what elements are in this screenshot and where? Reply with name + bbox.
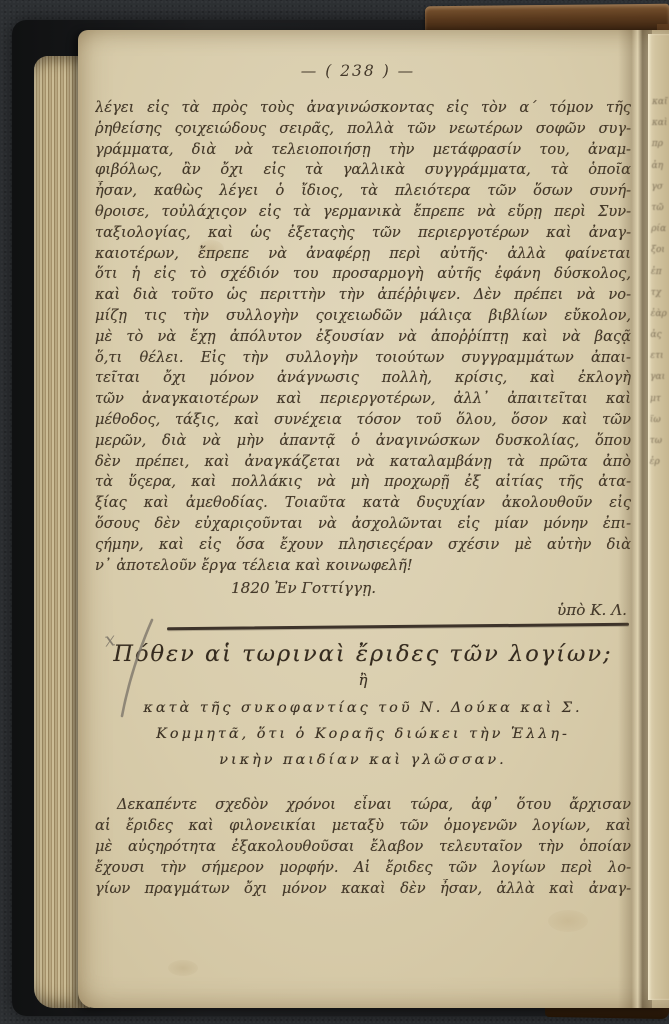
pencil-slash-mark bbox=[78, 610, 173, 725]
adjacent-page-illegible-text: καῖ καὶ πρ ἀη γσ τῶ ρία ξοι ἐπ τχ ἐὰρ ἀς… bbox=[648, 34, 669, 473]
text-block: λέγει εἰς τὰ πρὸς τοὺς ἀναγινώσκοντας εἰ… bbox=[95, 98, 631, 899]
text-line: ςήμην, καὶ εἰς ὅσα ἔχουν πλησιεςέραν σχέ… bbox=[95, 535, 631, 556]
text-line: δὲν πρέπει, καὶ ἀναγκάζεται νὰ καταλαμβά… bbox=[95, 452, 631, 473]
text-line: ἔχουσι τὴν σήμερον μορφήν. Αἱ ἔριδες τῶν… bbox=[95, 858, 631, 879]
text-line: μὲ τὸ νὰ ἔχῃ ἀπόλυτον ἐξουσίαν νὰ ἀποῤῥί… bbox=[95, 327, 631, 348]
page-number-header: — ( 238 ) — bbox=[78, 62, 638, 80]
text-line: ξίας καὶ ἀμεθοδίας. Τοιαῦτα κατὰ δυςυχία… bbox=[95, 493, 631, 514]
text-line: καιοτέρων, ἔπρεπε νὰ ἀναφέρῃ περὶ αὐτῆς·… bbox=[95, 244, 631, 265]
text-line: καὶ διὰ τοῦτο ὡς περιττὴν τὴν ἀπέῤῥιψεν.… bbox=[95, 285, 631, 306]
illegible-fragment: πρ bbox=[652, 134, 669, 155]
spacer bbox=[95, 773, 631, 795]
adjacent-page-sliver: καῖ καὶ πρ ἀη γσ τῶ ρία ξοι ἐπ τχ ἐὰρ ἀς… bbox=[648, 34, 669, 1000]
illegible-fragment: τω bbox=[650, 431, 668, 452]
illegible-fragment: ϊω bbox=[650, 410, 668, 431]
article-subtitle-line: Κομμητᾶ, ὅτι ὁ Κοραῆς διώκει τὴν Ἑλλη- bbox=[95, 721, 631, 747]
text-line: ταξιολογίας, καὶ ὡς ἐξεταςὴς τῶν περιεργ… bbox=[95, 223, 631, 244]
illegible-fragment: γσ bbox=[651, 177, 669, 198]
text-line: ν᾽ ἀποτελοῦν ἔργα τέλεια καὶ κοινωφελῆ! bbox=[95, 556, 631, 577]
text-line: ὅ,τι θέλει. Εἰς τὴν συλλογὴν τοιούτων συ… bbox=[95, 348, 631, 369]
illegible-fragment: γαι bbox=[650, 367, 668, 388]
illegible-fragment: καῖ bbox=[652, 92, 669, 113]
illegible-fragment: καὶ bbox=[652, 113, 669, 134]
illegible-fragment: ἐὰρ bbox=[651, 304, 669, 325]
text-line: αἱ ἔριδες καὶ φιλονεικίαι μεταξὺ τῶν ὁμο… bbox=[95, 816, 631, 837]
text-line: λέγει εἰς τὰ πρὸς τοὺς ἀναγινώσκοντας εἰ… bbox=[95, 98, 631, 119]
pencil-x-mark: x bbox=[96, 626, 123, 653]
text-line: ῥηθείσης ςοιχειώδους σειρᾶς, πολλὰ τῶν ν… bbox=[95, 119, 631, 140]
foxing-spot bbox=[548, 910, 588, 932]
illegible-fragment: ρία bbox=[651, 219, 669, 240]
gutter-shadow bbox=[618, 30, 652, 1008]
foxing-spot bbox=[168, 960, 198, 976]
article-title: Πόθεν αἱ τωριναὶ ἔριδες τῶν λογίων; bbox=[95, 639, 631, 669]
title-connector: ἢ bbox=[95, 669, 631, 691]
illegible-fragment: ετι bbox=[650, 346, 668, 367]
article-paragraph: Δεκαπέντε σχεδὸν χρόνοι εἶναι τώρα, ἀφ᾽ … bbox=[95, 795, 631, 899]
text-line: ἦσαν, καθὼς λέγει ὁ ἴδιος, τὰ πλειότερα … bbox=[95, 181, 631, 202]
section-divider-rule bbox=[167, 623, 629, 630]
text-line: φιβόλως, ἂν ὄχι εἰς τὰ γαλλικὰ συγγράμμα… bbox=[95, 160, 631, 181]
byline: ὑπὸ Κ. Λ. bbox=[95, 600, 631, 621]
text-line: ὅτι ἡ εἰς τὸ σχέδιόν του προσαρμογὴ αὐτῆ… bbox=[95, 264, 631, 285]
article-subtitle-line: κατὰ τῆς συκοφαντίας τοῦ Ν. Δούκα καὶ Σ. bbox=[95, 695, 631, 721]
text-line: τῶν ἀναγκαιοτέρων καὶ περιεργοτέρων, ἀλλ… bbox=[95, 389, 631, 410]
dateline: 1820 Ἐν Γοττίγγῃ. bbox=[231, 578, 631, 599]
text-line: τεῖται ὄχι μόνον ἀνάγνωσις πολλὴ, κρίσις… bbox=[95, 368, 631, 389]
illegible-fragment: ξοι bbox=[651, 240, 669, 261]
text-line: γράμματα, διὰ νὰ τελειοποιήσῃ τὴν μετάφρ… bbox=[95, 140, 631, 161]
text-line: θροισε, τοὐλάχιςον εἰς τὰ γερμανικὰ ἔπρε… bbox=[95, 202, 631, 223]
illegible-fragment: ἀς bbox=[650, 325, 668, 346]
text-line: μέθοδος, τάξις, καὶ συνέχεια τόσον τοῦ ὅ… bbox=[95, 410, 631, 431]
text-line: τὰ ὕςερα, καὶ πολλάκις νὰ μὴ προχωρῇ ἐξ … bbox=[95, 472, 631, 493]
article-subtitle-line: νικὴν παιδίαν καὶ γλῶσσαν. bbox=[95, 747, 631, 773]
text-line: μὲ αὐςηρότητα ἐξακολουθοῦσαι ἔλαβον τελε… bbox=[95, 837, 631, 858]
text-line: γίων πραγμάτων ὄχι μόνον κακαὶ δὲν ἦσαν,… bbox=[95, 879, 631, 900]
illegible-fragment: μτ bbox=[650, 389, 668, 410]
illegible-fragment: ἐρ bbox=[649, 452, 667, 473]
text-line: μίζῃ τις τὴν συλλογὴν ςοιχειωδῶν μάλιςα … bbox=[95, 306, 631, 327]
illegible-fragment: τχ bbox=[651, 283, 669, 304]
book-page: — ( 238 ) — λέγει εἰς τὰ πρὸς τοὺς ἀναγι… bbox=[78, 30, 669, 1008]
book-scan-scene: — ( 238 ) — λέγει εἰς τὰ πρὸς τοὺς ἀναγι… bbox=[0, 0, 669, 1024]
text-line: ὅσους δὲν εὐχαριςοῦνται νὰ ἀσχολῶνται εἰ… bbox=[95, 514, 631, 535]
illegible-fragment: ἐπ bbox=[651, 261, 669, 282]
illegible-fragment: ἀη bbox=[652, 156, 669, 177]
text-line: μερῶν, διὰ νὰ μὴν ἀπαντᾷ ὁ ἀναγινώσκων δ… bbox=[95, 431, 631, 452]
text-line: Δεκαπέντε σχεδὸν χρόνοι εἶναι τώρα, ἀφ᾽ … bbox=[95, 795, 631, 816]
illegible-fragment: τῶ bbox=[651, 198, 669, 219]
